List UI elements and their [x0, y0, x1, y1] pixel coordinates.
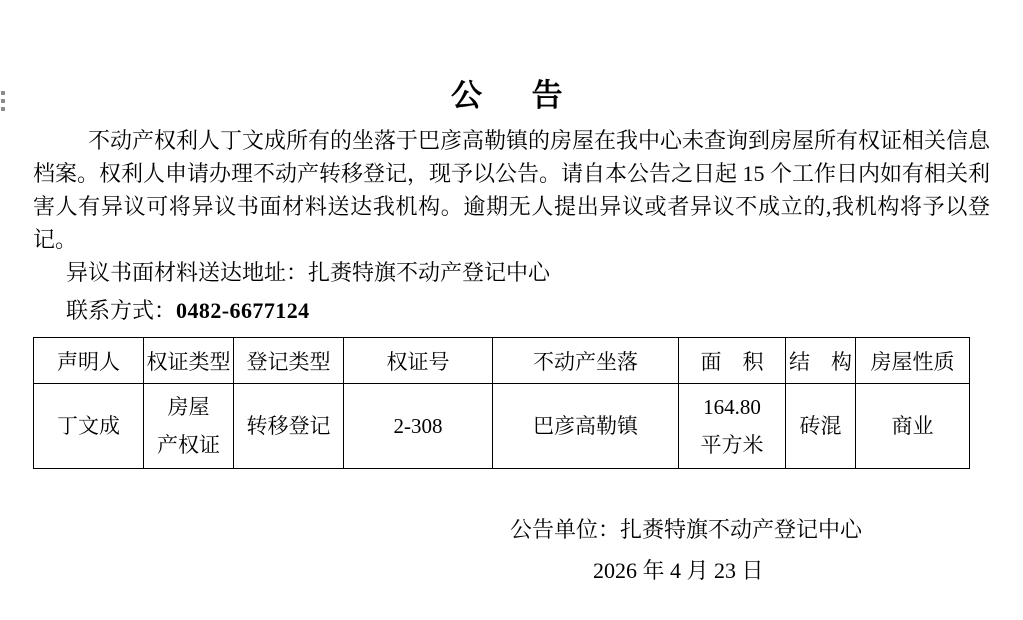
property-table: 声明人 权证类型 登记类型 权证号 不动产坐落 面 积 结 构 房屋性质 丁文成…	[33, 337, 970, 469]
date-line: 2026 年 4 月 23 日	[33, 554, 990, 587]
cell-declarant: 丁文成	[34, 384, 144, 469]
contact-phone: 0482-6677124	[176, 298, 310, 323]
contact-label: 联系方式：	[66, 298, 176, 323]
column-header-area: 面 积	[679, 338, 786, 384]
cell-area: 164.80 平方米	[679, 384, 786, 469]
cell-registration-type: 转移登记	[234, 384, 344, 469]
drag-handle-icon[interactable]	[1, 91, 7, 111]
objection-address-line: 异议书面材料送达地址：扎赉特旗不动产登记中心	[33, 256, 990, 289]
drag-handle-dot	[1, 99, 5, 103]
cell-structure: 砖混	[786, 384, 856, 469]
cell-property-location: 巴彦高勒镇	[493, 384, 679, 469]
contact-line: 联系方式：0482-6677124	[33, 294, 990, 327]
cell-property-usage: 商业	[856, 384, 970, 469]
issuer-line: 公告单位：扎赉特旗不动产登记中心	[33, 513, 990, 546]
drag-handle-dot	[1, 107, 5, 111]
column-header-property-usage: 房屋性质	[856, 338, 970, 384]
announcement-document: 公 告 不动产权利人丁文成所有的坐落于巴彦高勒镇的房屋在我中心未查询到房屋所有权…	[0, 0, 1023, 620]
column-header-property-location: 不动产坐落	[493, 338, 679, 384]
column-header-certificate-type: 权证类型	[144, 338, 234, 384]
cell-certificate-type: 房屋 产权证	[144, 384, 234, 469]
cell-certificate-number: 2-308	[344, 384, 493, 469]
drag-handle-dot	[1, 91, 5, 95]
table-data-row: 丁文成 房屋 产权证 转移登记 2-308 巴彦高勒镇 164.80 平方米 砖…	[34, 384, 970, 469]
column-header-structure: 结 构	[786, 338, 856, 384]
document-title: 公 告	[33, 0, 990, 116]
column-header-registration-type: 登记类型	[234, 338, 344, 384]
column-header-declarant: 声明人	[34, 338, 144, 384]
table-header-row: 声明人 权证类型 登记类型 权证号 不动产坐落 面 积 结 构 房屋性质	[34, 338, 970, 384]
document-content: 公 告 不动产权利人丁文成所有的坐落于巴彦高勒镇的房屋在我中心未查询到房屋所有权…	[33, 0, 990, 587]
column-header-certificate-number: 权证号	[344, 338, 493, 384]
announcement-body-paragraph: 不动产权利人丁文成所有的坐落于巴彦高勒镇的房屋在我中心未查询到房屋所有权证相关信…	[33, 124, 990, 256]
